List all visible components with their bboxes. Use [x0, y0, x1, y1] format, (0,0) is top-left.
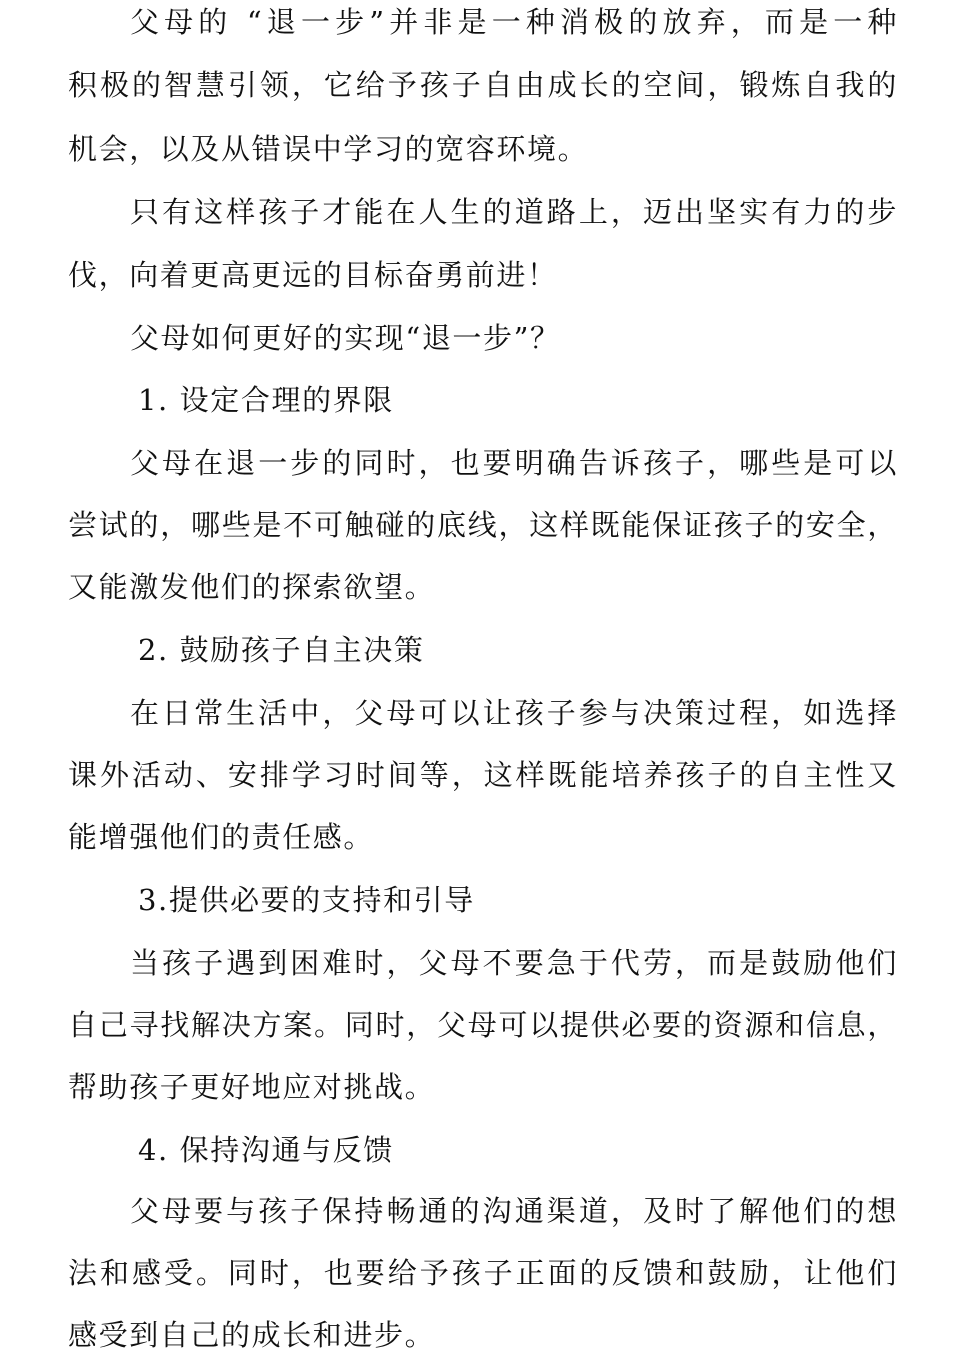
text-line: 尝试的，哪些是不可触碰的底线，这样既能保证孩子的安全，: [68, 505, 898, 545]
text-line: 当孩子遇到困难时，父母不要急于代劳，而是鼓励他们: [130, 943, 898, 983]
section-question: 父母如何更好的实现“退一步”？: [130, 318, 898, 358]
text-line: 法和感受。同时，也要给予孩子正面的反馈和鼓励，让他们: [68, 1253, 898, 1293]
heading-support-guidance: 3.提供必要的支持和引导: [138, 880, 898, 920]
text-line: 在日常生活中，父母可以让孩子参与决策过程，如选择: [130, 693, 898, 733]
text-line: 帮助孩子更好地应对挑战。: [68, 1067, 898, 1107]
document-page: 父母的 “退一步”并非是一种消极的放弃，而是一种 积极的智慧引领，它给予孩子自由…: [0, 0, 960, 1371]
text-line: 感受到自己的成长和进步。: [68, 1315, 898, 1355]
text-line: 父母的 “退一步”并非是一种消极的放弃，而是一种: [130, 2, 898, 42]
heading-communication-feedback: 4. 保持沟通与反馈: [138, 1130, 898, 1170]
text-line: 父母要与孩子保持畅通的沟通渠道，及时了解他们的想: [130, 1191, 898, 1231]
text-line: 机会，以及从错误中学习的宽容环境。: [68, 129, 898, 169]
text-line: 又能激发他们的探索欲望。: [68, 567, 898, 607]
text-line: 只有这样孩子才能在人生的道路上，迈出坚实有力的步: [130, 192, 898, 232]
heading-encourage-decisions: 2. 鼓励孩子自主决策: [138, 630, 898, 670]
heading-set-boundaries: 1. 设定合理的界限: [138, 380, 898, 420]
text-line: 课外活动、安排学习时间等，这样既能培养孩子的自主性又: [68, 755, 898, 795]
text-line: 伐，向着更高更远的目标奋勇前进！: [68, 255, 898, 295]
text-line: 自己寻找解决方案。同时，父母可以提供必要的资源和信息，: [68, 1005, 898, 1045]
text-line: 能增强他们的责任感。: [68, 817, 898, 857]
text-line: 积极的智慧引领，它给予孩子自由成长的空间，锻炼自我的: [68, 65, 898, 105]
text-line: 父母在退一步的同时，也要明确告诉孩子，哪些是可以: [130, 443, 898, 483]
